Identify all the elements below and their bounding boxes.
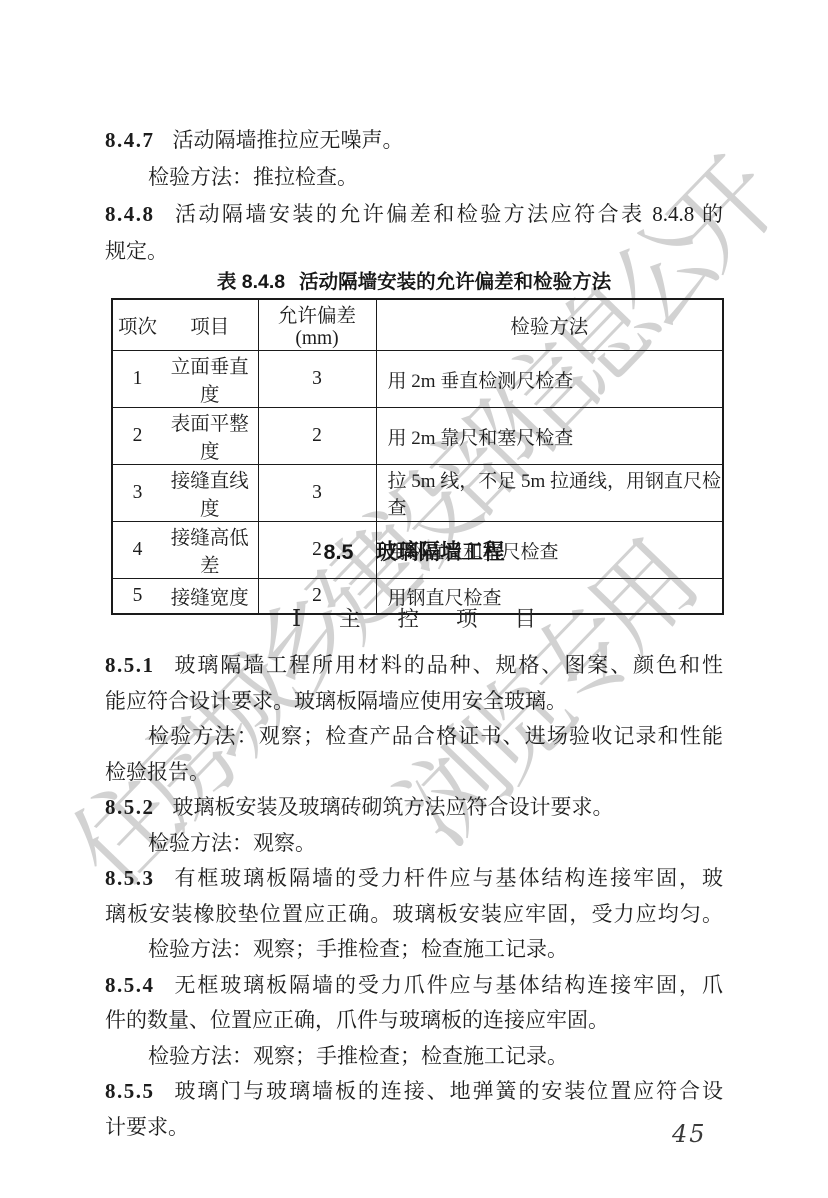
table-row: 2 表面平整度 2 用 2m 靠尺和塞尺检查 <box>112 408 723 465</box>
cell-tolerance: 3 <box>258 465 376 522</box>
clause-8-5-3-line2: 璃板安装橡胶垫位置应正确。玻璃板安装应牢固，受力应均匀。 <box>105 897 723 933</box>
subsection-heading: Ⅰ主控项目 <box>105 602 723 633</box>
clause-text: 有框玻璃板隔墙的受力杆件应与基体结构连接牢固，玻 <box>173 866 724 890</box>
clause-8-5-2-line1: 8.5.2玻璃板安装及玻璃砖砌筑方法应符合设计要求。 <box>105 790 723 826</box>
clause-8-5-1-method2: 检验报告。 <box>105 755 723 791</box>
clause-8-5-4-line2: 件的数量、位置应正确，爪件与玻璃板的连接应牢固。 <box>105 1003 723 1039</box>
clauses-block-top: 8.4.7活动隔墙推拉应无噪声。 检验方法：推拉检查。 8.4.8活动隔墙安装的… <box>105 122 723 270</box>
header-tolerance: 允许偏差(mm) <box>258 299 376 351</box>
clause-number: 8.4.7 <box>105 128 155 152</box>
page-number: 45 <box>672 1120 707 1148</box>
clause-8-5-5-line2: 计要求。 <box>105 1110 723 1146</box>
clause-8-5-1-line1: 8.5.1玻璃隔墙工程所用材料的品种、规格、图案、颜色和性 <box>105 648 723 684</box>
clause-8-5-1-line2: 能应符合设计要求。玻璃板隔墙应使用安全玻璃。 <box>105 684 723 720</box>
clause-8-4-8-line2: 规定。 <box>105 233 723 270</box>
table-header-row: 项次 项目 允许偏差(mm) 检验方法 <box>112 299 723 351</box>
section-number: 8.5 <box>324 540 354 564</box>
clause-8-4-7-method: 检验方法：推拉检查。 <box>105 159 723 196</box>
clause-number: 8.5.1 <box>105 653 155 677</box>
cell-no: 3 <box>112 465 162 522</box>
clause-text: 活动隔墙推拉应无噪声。 <box>173 128 404 152</box>
table-label: 表 8.4.8 <box>217 271 285 293</box>
cell-item: 表面平整度 <box>162 408 258 465</box>
roman-numeral: Ⅰ <box>292 606 301 631</box>
cell-item: 立面垂直度 <box>162 351 258 408</box>
cell-method: 用 2m 靠尺和塞尺检查 <box>376 408 723 465</box>
clause-8-4-8-line1: 8.4.8活动隔墙安装的允许偏差和检验方法应符合表 8.4.8 的 <box>105 196 723 233</box>
clause-text: 玻璃门与玻璃墙板的连接、地弹簧的安装位置应符合设 <box>173 1079 724 1103</box>
clause-8-5-5-line1: 8.5.5玻璃门与玻璃墙板的连接、地弹簧的安装位置应符合设 <box>105 1074 723 1110</box>
subsection-title: 主控项目 <box>339 607 573 631</box>
clauses-block-main: 8.5.1玻璃隔墙工程所用材料的品种、规格、图案、颜色和性 能应符合设计要求。玻… <box>105 648 723 1145</box>
clause-8-5-4-line1: 8.5.4无框玻璃板隔墙的受力爪件应与基体结构连接牢固，爪 <box>105 968 723 1004</box>
table-caption: 活动隔墙安装的允许偏差和检验方法 <box>299 271 611 293</box>
table-row: 3 接缝直线度 3 拉 5m 线，不足 5m 拉通线，用钢直尺检查 <box>112 465 723 522</box>
clause-8-5-4-method: 检验方法：观察；手推检查；检查施工记录。 <box>105 1039 723 1075</box>
cell-tolerance: 3 <box>258 351 376 408</box>
header-item: 项目 <box>162 299 258 351</box>
header-item-no: 项次 <box>112 299 162 351</box>
clause-text: 玻璃隔墙工程所用材料的品种、规格、图案、颜色和性 <box>173 653 724 677</box>
clause-text: 无框玻璃板隔墙的受力爪件应与基体结构连接牢固，爪 <box>173 973 724 997</box>
cell-method: 用 2m 垂直检测尺检查 <box>376 351 723 408</box>
clause-8-5-3-method: 检验方法：观察；手推检查；检查施工记录。 <box>105 932 723 968</box>
cell-item: 接缝直线度 <box>162 465 258 522</box>
header-method: 检验方法 <box>376 299 723 351</box>
clause-8-4-7-line: 8.4.7活动隔墙推拉应无噪声。 <box>105 122 723 159</box>
clause-text: 活动隔墙安装的允许偏差和检验方法应符合表 8.4.8 的 <box>173 202 724 226</box>
cell-method: 拉 5m 线，不足 5m 拉通线，用钢直尺检查 <box>376 465 723 522</box>
cell-tolerance: 2 <box>258 408 376 465</box>
section-title: 玻璃隔墙工程 <box>375 540 504 564</box>
cell-no: 2 <box>112 408 162 465</box>
clause-number: 8.5.4 <box>105 973 155 997</box>
table-title: 表 8.4.8活动隔墙安装的允许偏差和检验方法 <box>105 266 723 294</box>
clause-number: 8.4.8 <box>105 202 155 226</box>
clause-number: 8.5.5 <box>105 1079 155 1103</box>
document-page: 住房城乡建设部信息公开 浏览专用 8.4.7活动隔墙推拉应无噪声。 检验方法：推… <box>0 0 828 1198</box>
clause-8-5-3-line1: 8.5.3有框玻璃板隔墙的受力杆件应与基体结构连接牢固，玻 <box>105 861 723 897</box>
deviation-table: 项次 项目 允许偏差(mm) 检验方法 1 立面垂直度 3 用 2m 垂直检测尺… <box>111 298 724 615</box>
clause-text: 玻璃板安装及玻璃砖砌筑方法应符合设计要求。 <box>173 795 614 819</box>
table-row: 1 立面垂直度 3 用 2m 垂直检测尺检查 <box>112 351 723 408</box>
clause-number: 8.5.2 <box>105 795 155 819</box>
section-8-5-heading: 8.5玻璃隔墙工程 <box>105 535 723 566</box>
clause-8-5-1-method1: 检验方法：观察；检查产品合格证书、进场验收记录和性能 <box>105 719 723 755</box>
clause-8-5-2-method: 检验方法：观察。 <box>105 826 723 862</box>
clause-number: 8.5.3 <box>105 866 155 890</box>
cell-no: 1 <box>112 351 162 408</box>
